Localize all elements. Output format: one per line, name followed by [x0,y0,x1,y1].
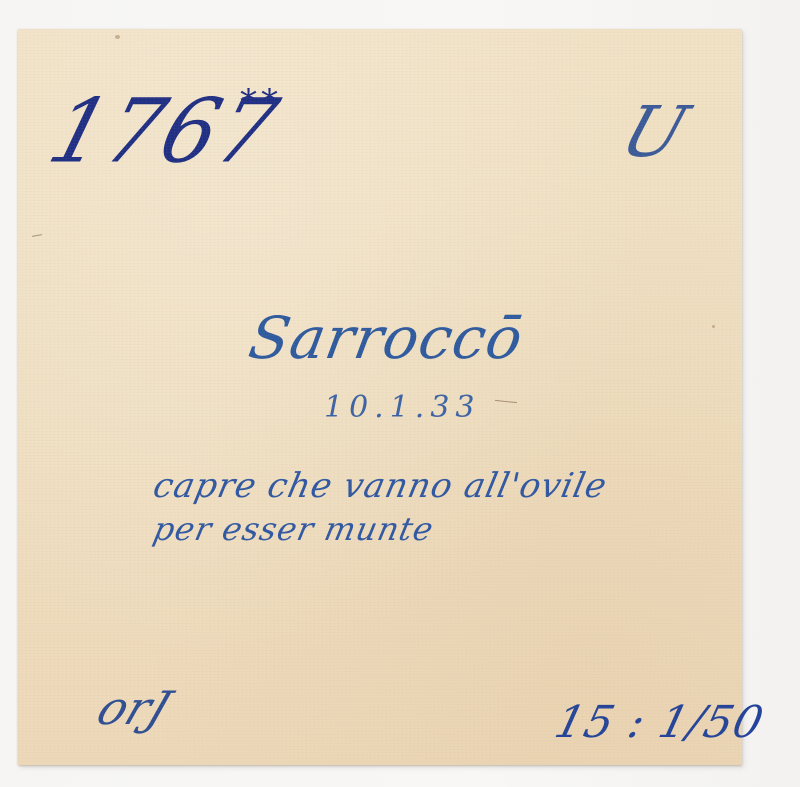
catalog-stars-mark: ** [240,85,282,119]
author-initials: orJ [92,685,177,731]
format-note: 15 : 1/50 [551,701,769,745]
foxing-spot [712,325,715,328]
index-card: 1767 ** U Sarroccō 10.1.33 capre che van… [18,29,742,765]
caption-line-1: capre che vanno all'ovile [150,469,610,503]
caption-line-2: per esser munte [151,513,437,545]
photo-backdrop: 1767 ** U Sarroccō 10.1.33 capre che van… [0,0,800,787]
photo-date: 10.1.33 [324,393,481,423]
series-letter: U [614,97,696,167]
foxing-spot [115,35,120,39]
paper-mark [32,234,42,237]
paper-mark [495,400,517,403]
photo-title: Sarroccō [245,309,528,367]
